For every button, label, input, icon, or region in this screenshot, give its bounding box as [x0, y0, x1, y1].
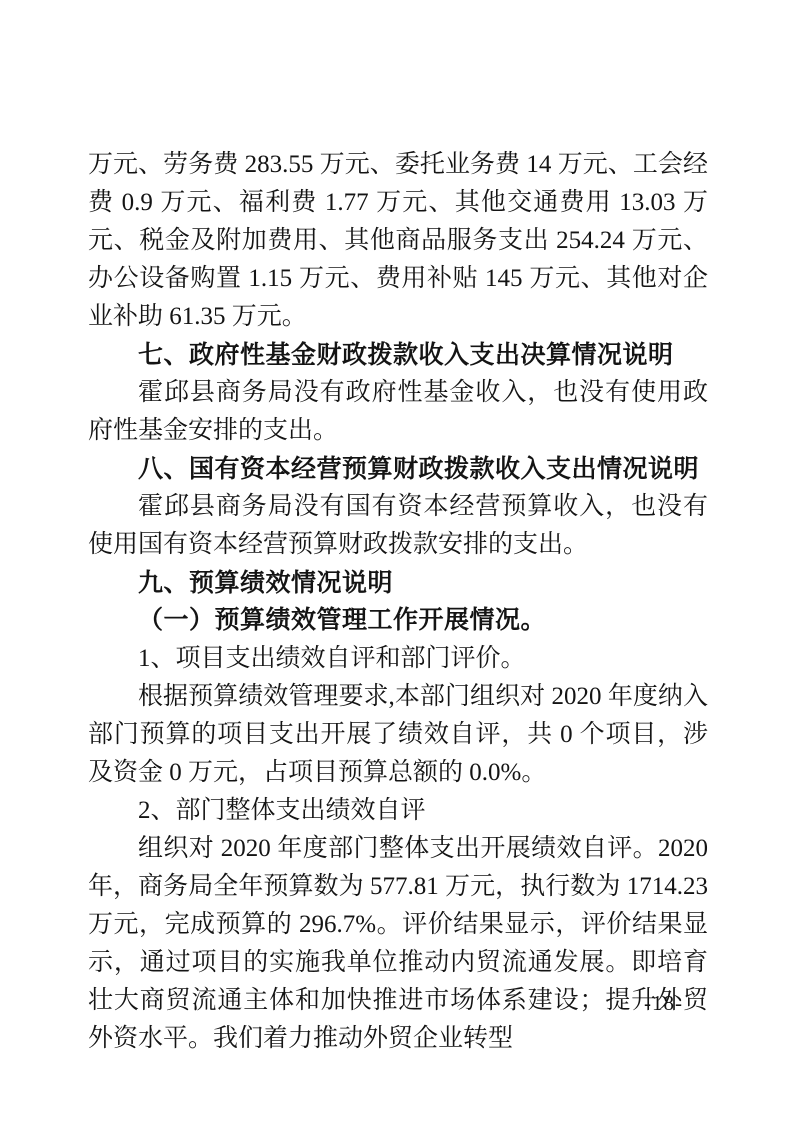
section-heading-9: 九、预算绩效情况说明 [88, 564, 708, 602]
subsection-heading-1: （一）预算绩效管理工作开展情况。 [88, 602, 708, 640]
paragraph-item-1: 1、项目支出绩效自评和部门评价。 [88, 640, 708, 678]
paragraph: 霍邱县商务局没有国有资本经营预算收入，也没有使用国有资本经营预算财政拨款安排的支… [88, 488, 708, 564]
document-body: 万元、劳务费 283.55 万元、委托业务费 14 万元、工会经费 0.9 万元… [88, 146, 708, 1058]
section-heading-8: 八、国有资本经营预算财政拨款收入支出情况说明 [88, 450, 708, 488]
paragraph: 组织对 2020 年度部门整体支出开展绩效自评。2020 年，商务局全年预算数为… [88, 830, 708, 1058]
paragraph: 霍邱县商务局没有政府性基金收入，也没有使用政府性基金安排的支出。 [88, 374, 708, 450]
page-number: -18- [644, 991, 683, 1015]
paragraph-continuation: 万元、劳务费 283.55 万元、委托业务费 14 万元、工会经费 0.9 万元… [88, 146, 708, 336]
document-page: 万元、劳务费 283.55 万元、委托业务费 14 万元、工会经费 0.9 万元… [0, 0, 793, 1122]
paragraph-item-2: 2、部门整体支出绩效自评 [88, 792, 708, 830]
paragraph: 根据预算绩效管理要求,本部门组织对 2020 年度纳入部门预算的项目支出开展了绩… [88, 678, 708, 792]
section-heading-7: 七、政府性基金财政拨款收入支出决算情况说明 [88, 336, 708, 374]
